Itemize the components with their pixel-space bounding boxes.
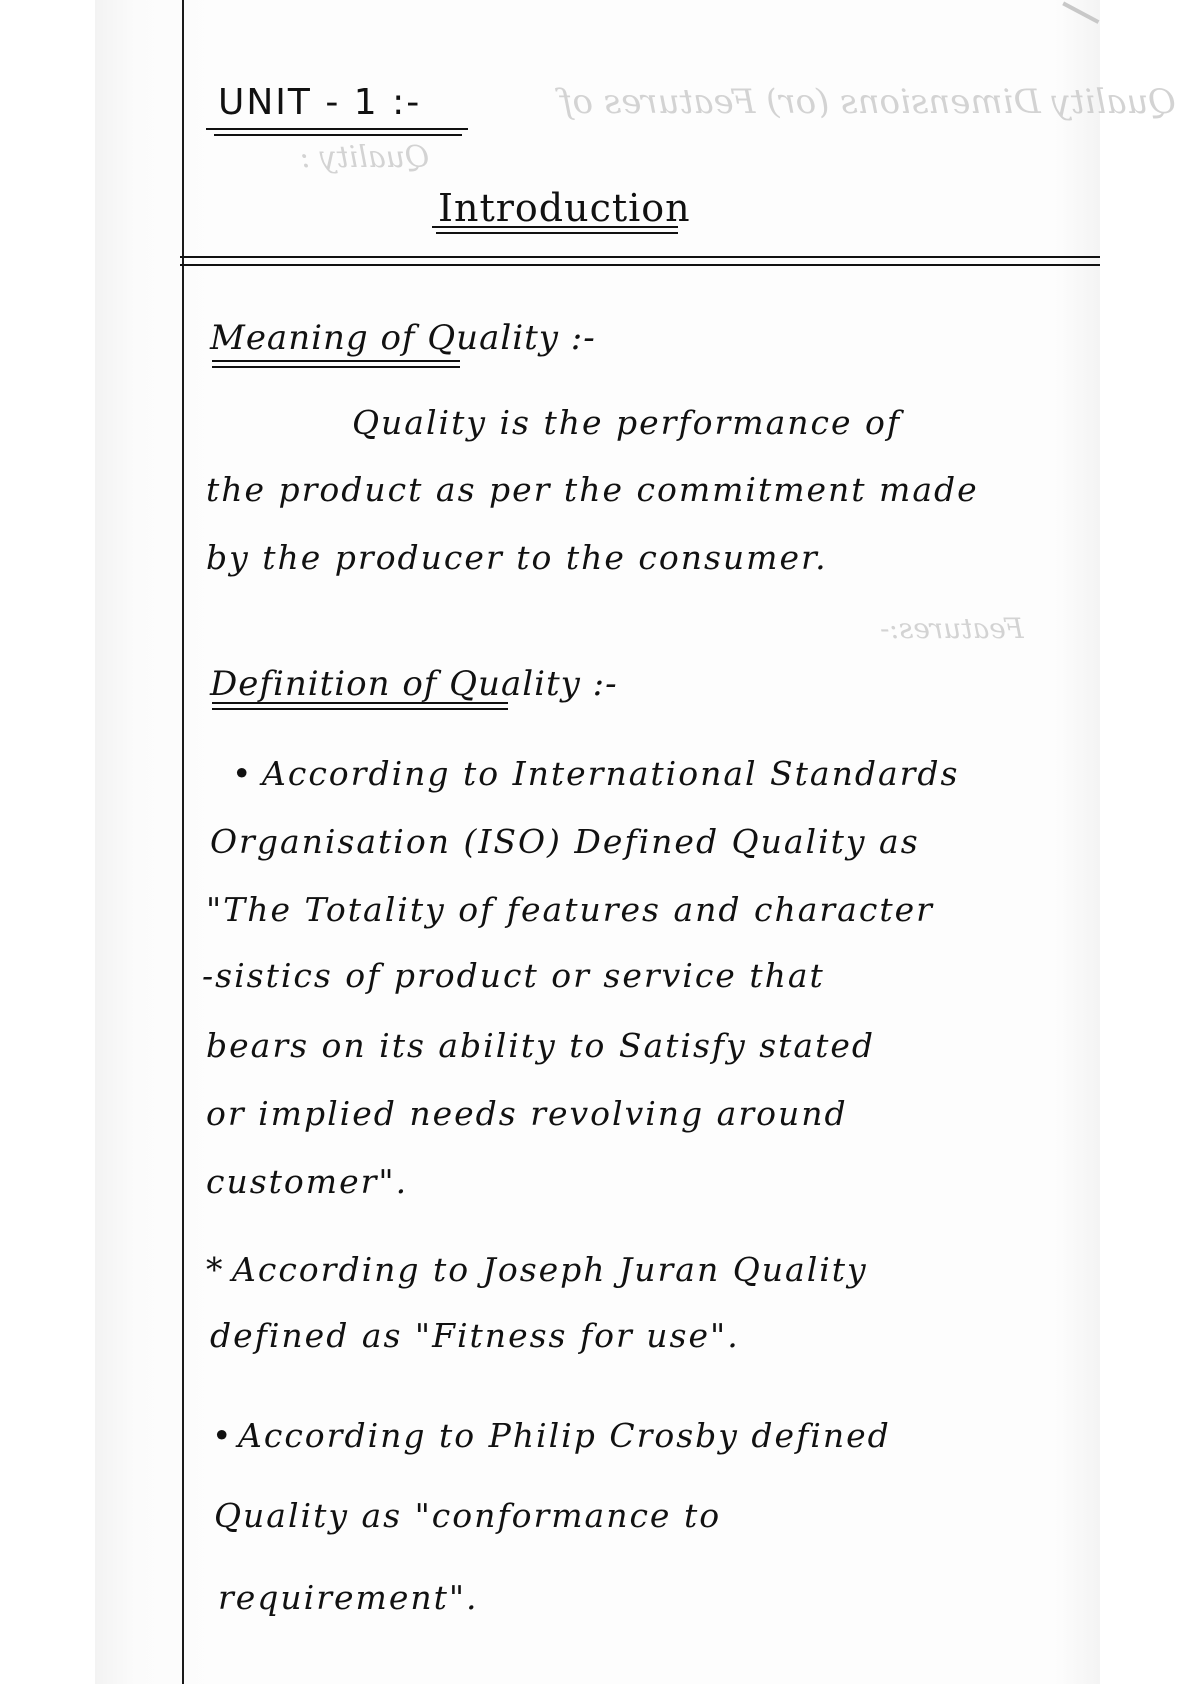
bullet-icon: * [206,1250,225,1289]
definition-line: According to Joseph Juran Quality [232,1250,868,1289]
underline [206,128,468,130]
definition-line: Organisation (ISO) Defined Quality as [210,822,920,861]
header-divider-rule [180,256,1100,258]
underline [212,708,508,710]
underline [212,366,460,368]
bleed-through-text: Quality : [300,140,430,175]
definition-line: bears on its ability to Satisfy stated [206,1026,875,1065]
underline [212,360,460,362]
definition-line: requirement". [218,1578,479,1617]
definition-line: Quality as "conformance to [214,1496,721,1535]
margin-line [182,0,184,1684]
unit-title: UNIT - 1 :- [218,82,421,123]
definition-line: "The Totality of features and character [206,890,934,929]
underline [214,134,462,136]
definition-line: According to International Standards [262,754,959,793]
heading-meaning-of-quality: Meaning of Quality :- [210,318,596,358]
definition-line: -sistics of product or service that [202,956,825,995]
paragraph-line: Quality is the performance of [352,403,901,442]
underline [212,702,508,704]
header-divider-rule [180,264,1100,266]
bullet-icon: • [232,754,253,793]
underline [432,226,678,228]
definition-line: or implied needs revolving around [206,1094,848,1133]
definition-line: customer". [206,1162,408,1201]
bleed-through-text: Features:- [880,612,1024,645]
definition-line: defined as "Fitness for use". [210,1316,740,1355]
underline [436,232,678,234]
paragraph-line: by the producer to the consumer. [206,538,828,577]
section-title: Introduction [438,186,691,230]
paragraph-line: the product as per the commitment made [206,470,979,509]
definition-line: According to Philip Crosby defined [238,1416,891,1455]
heading-definition-of-quality: Definition of Quality :- [210,664,618,704]
bleed-through-text: Quality Dimensions (or) Features of [560,82,1176,122]
bullet-icon: • [212,1416,233,1455]
